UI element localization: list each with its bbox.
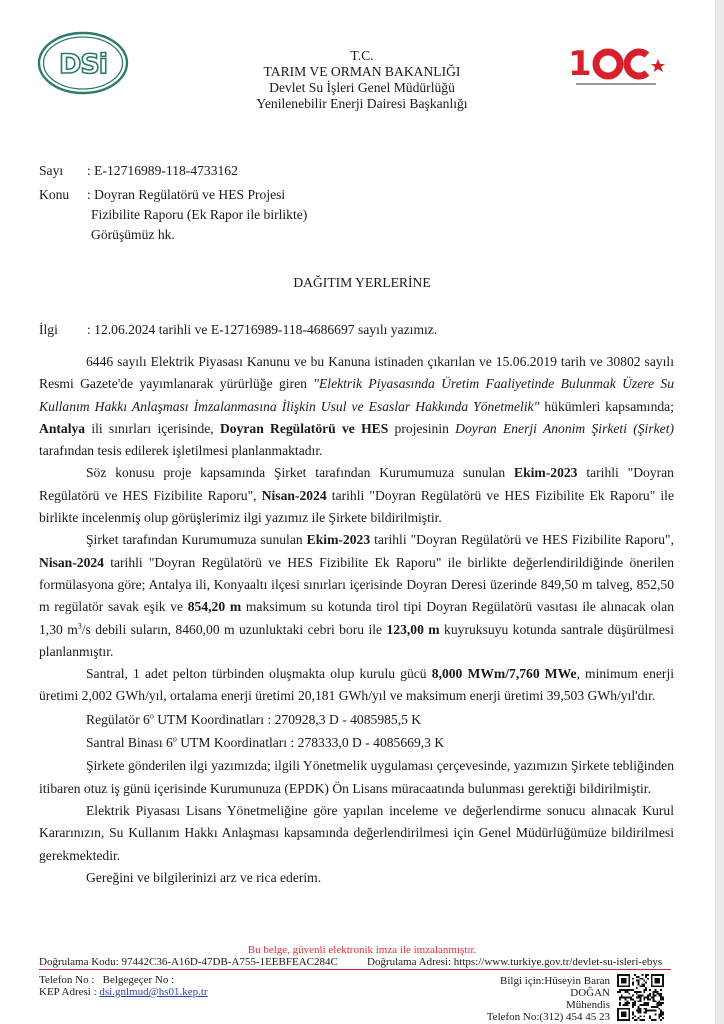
verification-code: Doğrulama Kodu: 97442C36-A16D-47DB-A755-… (39, 956, 338, 968)
qr-code[interactable] (614, 974, 667, 1021)
institution-header: T.C. TARIM VE ORMAN BAKANLIĞI Devlet Su … (200, 48, 524, 112)
svg-text:1: 1 (568, 44, 590, 84)
letter-body: 6446 sayılı Elektrik Piyasası Kanunu ve … (39, 351, 674, 889)
verification-address[interactable]: Doğrulama Adresi: https://www.turkiye.go… (367, 956, 662, 968)
kep-label: KEP Adresi : (39, 986, 99, 998)
sayi-value: : E-12716989-118-4733162 (87, 161, 238, 180)
konu-line: Görüşümüz hk. (91, 225, 175, 244)
page-edge-scrollbar (715, 0, 724, 1024)
konu-line: : Doyran Regülatörü ve HES Projesi (87, 185, 285, 204)
info-contact: Bilgi için:Hüseyin Baran DOĞAN Mühendis … (468, 975, 610, 1023)
100th-anniversary-logo: 1 (566, 43, 674, 89)
e-signature-note: Bu belge, güvenli elektronik imza ile im… (0, 944, 724, 956)
paragraph: Santral, 1 adet pelton türbinden oluşmak… (39, 663, 674, 708)
contact-block: Telefon No : Belgegeçer No : KEP Adresi … (39, 974, 208, 998)
header-line: TARIM VE ORMAN BAKANLIĞI (200, 64, 524, 80)
phone-fax: Telefon No : Belgegeçer No : (39, 974, 208, 986)
paragraph: Şirkete gönderilen ilgi yazımızda; ilgil… (39, 755, 674, 800)
header-line: Yenilenebilir Enerji Dairesi Başkanlığı (200, 96, 524, 112)
paragraph: Şirket tarafından Kurumumuza sunulan Eki… (39, 529, 674, 663)
kep-address: KEP Adresi : dsi.gnlmud@hs01.kep.tr (39, 986, 208, 998)
paragraph: Elektrik Piyasası Lisans Yönetmeliğine g… (39, 800, 674, 867)
ilgi-value: : 12.06.2024 tarihli ve E-12716989-118-4… (87, 320, 437, 339)
konu-line: Fizibilite Raporu (Ek Rapor ile birlikte… (91, 205, 307, 224)
regulator-coordinates: Regülatör 6o UTM Koordinatları : 270928,… (39, 709, 674, 731)
verification-line: Doğrulama Kodu: 97442C36-A16D-47DB-A755-… (39, 956, 671, 970)
svg-text:DSi: DSi (59, 49, 107, 80)
info-line: DOĞAN (468, 987, 610, 999)
kep-link[interactable]: dsi.gnlmud@hs01.kep.tr (99, 986, 207, 998)
dsi-logo: DSi (37, 31, 129, 95)
info-line: Bilgi için:Hüseyin Baran (468, 975, 610, 987)
plant-coordinates: Santral Binası 6o UTM Koordinatları : 27… (39, 732, 674, 754)
paragraph: Söz konusu proje kapsamında Şirket taraf… (39, 462, 674, 529)
konu-label: Konu (39, 185, 89, 204)
paragraph: 6446 sayılı Elektrik Piyasası Kanunu ve … (39, 351, 674, 462)
info-line: Mühendis (468, 999, 610, 1011)
info-line: Telefon No:(312) 454 45 23 (468, 1011, 610, 1023)
header-line: Devlet Su İşleri Genel Müdürlüğü (200, 80, 524, 96)
header-line: T.C. (200, 48, 524, 64)
ilgi-label: İlgi (39, 320, 89, 339)
closing-paragraph: Gereğini ve bilgilerinizi arz ve rica ed… (39, 867, 674, 889)
recipient-heading: DAĞITIM YERLERİNE (0, 275, 724, 291)
sayi-label: Sayı (39, 161, 89, 180)
